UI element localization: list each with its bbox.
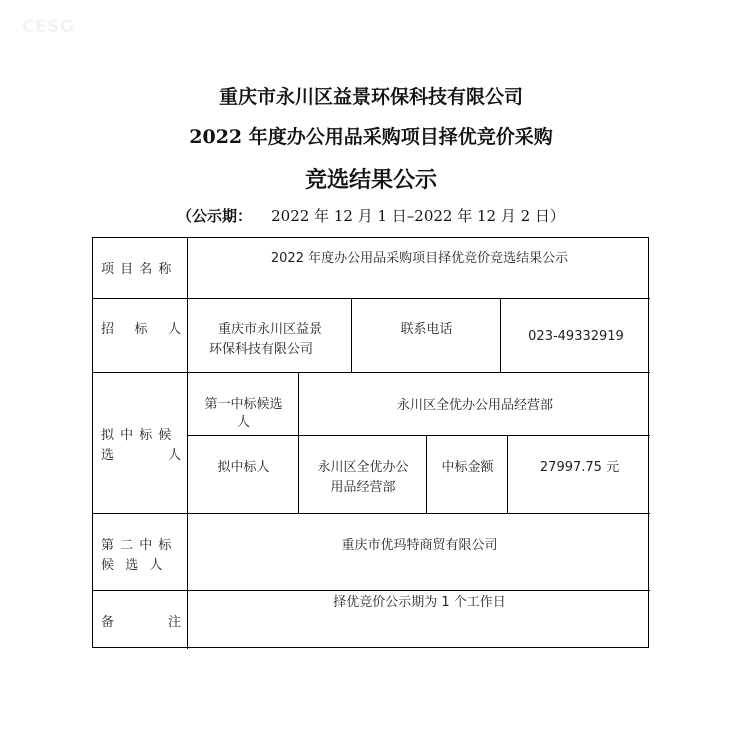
project-name-label: 项 目 名 称 xyxy=(101,260,185,280)
winner-name: 永川区全优办公 用品经营部 xyxy=(300,458,426,498)
document-title: 竞选结果公示 xyxy=(0,163,742,194)
period-value: 2022 年 12 月 1 日–2022 年 12 月 2 日） xyxy=(271,207,565,225)
tenderer-name-line2: 环保科技有限公司 xyxy=(189,340,351,360)
announcement-period: （公示期： 2022 年 12 月 1 日–2022 年 12 月 2 日） xyxy=(0,205,742,226)
tenderer-name-line1: 重庆市永川区益景 xyxy=(189,320,351,340)
phone-value: 023-49332919 xyxy=(502,327,650,347)
candidate-label-line2-right: 人 xyxy=(168,446,181,466)
remark-label: 备 注 xyxy=(101,613,181,633)
tenderer-label: 招 标 人 xyxy=(101,320,181,340)
second-candidate-label-line2: 候 选 人 xyxy=(101,556,185,576)
winner-name-line1: 永川区全优办公 xyxy=(300,458,426,478)
candidate-label: 拟 中 标 候 选 人 xyxy=(101,426,181,466)
project-name-value: 2022 年度办公用品采购项目择优竞价竞选结果公示 xyxy=(189,249,650,269)
first-candidate-label-line1: 第一中标候选 xyxy=(189,395,298,415)
second-candidate-value: 重庆市优玛特商贸有限公司 xyxy=(189,536,650,556)
candidate-label-line2-left: 选 xyxy=(101,446,114,466)
tenderer-label-char: 招 xyxy=(101,320,114,340)
company-title: 重庆市永川区益景环保科技有限公司 xyxy=(0,82,742,109)
winner-name-line2: 用品经营部 xyxy=(300,478,426,498)
watermark: CESG xyxy=(22,17,74,37)
result-table: 项 目 名 称 2022 年度办公用品采购项目择优竞价竞选结果公示 招 标 人 … xyxy=(92,237,649,648)
project-title: 2022 年度办公用品采购项目择优竞价采购 xyxy=(0,122,742,149)
tenderer-label-char: 标 xyxy=(134,320,147,340)
first-candidate-value: 永川区全优办公用品经营部 xyxy=(300,396,650,416)
tenderer-name: 重庆市永川区益景 环保科技有限公司 xyxy=(189,320,351,360)
winner-label: 拟中标人 xyxy=(189,458,298,478)
second-candidate-label-line1: 第 二 中 标 xyxy=(101,536,185,556)
second-candidate-label: 第 二 中 标 候 选 人 xyxy=(101,536,185,576)
first-candidate-label-line2: 人 xyxy=(189,413,298,433)
period-label: （公示期： xyxy=(177,207,252,225)
amount-label: 中标金额 xyxy=(428,458,507,478)
amount-value: 27997.75 元 xyxy=(509,458,650,478)
tenderer-label-char: 人 xyxy=(168,320,181,340)
remark-label-left: 备 xyxy=(101,613,114,633)
first-candidate-label: 第一中标候选 人 xyxy=(189,395,298,433)
remark-value: 择优竞价公示期为 1 个工作日 xyxy=(189,593,650,613)
phone-label: 联系电话 xyxy=(353,320,500,340)
remark-label-right: 注 xyxy=(168,613,181,633)
candidate-label-line1: 拟 中 标 候 xyxy=(101,426,181,446)
